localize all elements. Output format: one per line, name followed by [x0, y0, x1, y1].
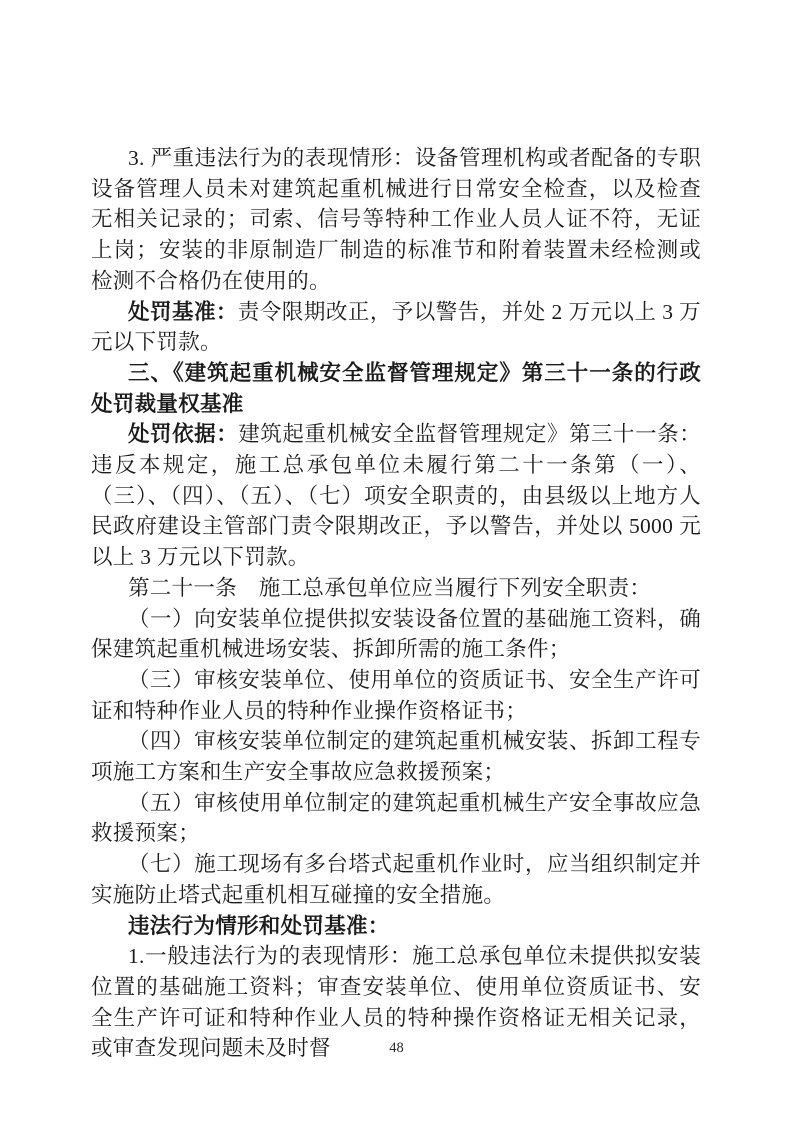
- bold-label-run: 违法行为情形和处罚基准：: [128, 914, 390, 938]
- bold-label-run: 三、《建筑起重机械安全监督管理规定》第三十一条的行政处罚裁量权基准: [91, 361, 701, 416]
- paragraph: （四）审核安装单位制定的建筑起重机械安装、拆卸工程专项施工方案和生产安全事故应急…: [91, 726, 701, 787]
- text-run: 第二十一条 施工总承包单位应当履行下列安全职责：: [128, 576, 651, 600]
- bold-label-run: 处罚基准：: [128, 300, 238, 324]
- paragraph: （七）施工现场有多台塔式起重机作业时，应当组织制定并实施防止塔式起重机相互碰撞的…: [91, 849, 701, 910]
- paragraph: （三）审核安装单位、使用单位的资质证书、安全生产许可证和特种作业人员的特种作业操…: [91, 665, 701, 726]
- text-run: （四）审核安装单位制定的建筑起重机械安装、拆卸工程专项施工方案和生产安全事故应急…: [91, 729, 701, 784]
- text-run: （三）审核安装单位、使用单位的资质证书、安全生产许可证和特种作业人员的特种作业操…: [91, 668, 701, 723]
- paragraph: （五）审核使用单位制定的建筑起重机械生产安全事故应急救援预案；: [91, 788, 701, 849]
- bold-label-run: 处罚依据：: [128, 422, 238, 446]
- document-body: 3. 严重违法行为的表现情形：设备管理机构或者配备的专职设备管理人员未对建筑起重…: [91, 143, 701, 1064]
- paragraph: 处罚基准：责令限期改正，予以警告，并处 2 万元以上 3 万元以下罚款。: [91, 297, 701, 358]
- text-run: （一）向安装单位提供拟安装设备位置的基础施工资料，确保建筑起重机械进场安装、拆卸…: [91, 607, 701, 662]
- paragraph: 违法行为情形和处罚基准：: [91, 911, 701, 942]
- paragraph: 处罚依据：建筑起重机械安全监督管理规定》第三十一条：违反本规定，施工总承包单位未…: [91, 419, 701, 573]
- text-run: （七）施工现场有多台塔式起重机作业时，应当组织制定并实施防止塔式起重机相互碰撞的…: [91, 852, 701, 907]
- paragraph: （一）向安装单位提供拟安装设备位置的基础施工资料，确保建筑起重机械进场安装、拆卸…: [91, 604, 701, 665]
- paragraph: 3. 严重违法行为的表现情形：设备管理机构或者配备的专职设备管理人员未对建筑起重…: [91, 143, 701, 297]
- text-run: （五）审核使用单位制定的建筑起重机械生产安全事故应急救援预案；: [91, 791, 701, 846]
- section-heading: 三、《建筑起重机械安全监督管理规定》第三十一条的行政处罚裁量权基准: [91, 358, 701, 419]
- text-run: 3. 严重违法行为的表现情形：设备管理机构或者配备的专职设备管理人员未对建筑起重…: [91, 146, 701, 293]
- paragraph: 第二十一条 施工总承包单位应当履行下列安全职责：: [91, 573, 701, 604]
- document-page: 3. 严重违法行为的表现情形：设备管理机构或者配备的专职设备管理人员未对建筑起重…: [0, 0, 793, 1122]
- page-number: 48: [0, 1040, 793, 1057]
